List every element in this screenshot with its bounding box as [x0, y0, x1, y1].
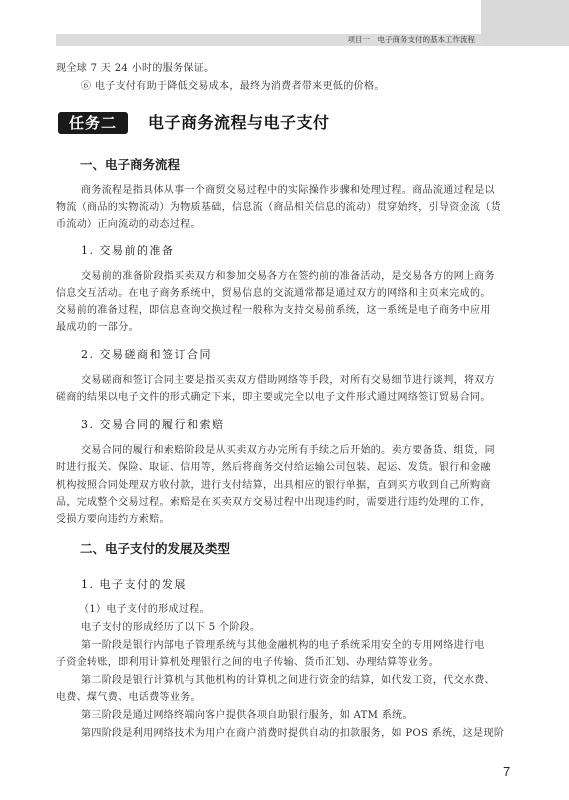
paragraph-line: 最成功的一部分。	[56, 321, 139, 335]
paragraph-line: 交易前的准备阶段指买卖双方和参加交易各方在签约前的准备活动，是交易各方的网上商务	[81, 270, 495, 284]
paragraph-line: 品，完成整个交易过程。索赔是在买卖双方交易过程中出现违约时，需要进行违约处理的工…	[56, 496, 491, 510]
task-badge: 任务二	[58, 112, 128, 134]
paragraph-line: 磋商的结果以电子文件的形式确定下来，即主要或完全以电子文件形式通过网络签订贸易合…	[56, 391, 491, 405]
intro-line: ⑥ 电子支付有助于降低交易成本，最终为消费者带来更低的价格。	[81, 80, 385, 94]
intro-line: 现全球 7 天 24 小时的服务保证。	[56, 62, 214, 76]
subsection-heading: 1. 电子支付的发展	[81, 577, 187, 593]
paragraph-line: 交易合同的履行和索赔阶段是从买卖双方办完所有手续之后开始的。卖方要备货、组货，同	[81, 444, 495, 458]
paragraph-line: 电子支付的形成经历了以下 5 个阶段。	[81, 621, 260, 635]
paragraph-line: 电费、煤气费、电话费等业务。	[56, 691, 201, 705]
page-corner-tab	[481, 0, 569, 46]
paragraph-line: 第二阶段是银行计算机与其他机构的计算机之间进行资金的结算，如代发工资，代交水费、	[81, 674, 495, 688]
paragraph-line: 子资金转账，即利用计算机处理银行之间的电子传输、货币汇划、办理结算等业务。	[56, 656, 439, 670]
paragraph-line: 受损方要向违约方索赔。	[56, 513, 170, 527]
section-heading: 一、电子商务流程	[80, 156, 180, 174]
paragraph-line: 商务流程是指具体从事一个商贸交易过程中的实际操作步骤和处理过程。商品流通过程是以	[81, 184, 495, 198]
section-heading: 二、电子支付的发展及类型	[80, 540, 230, 558]
paragraph-line: 物流（商品的实物流动）为物质基础，信息流（商品相关信息的流动）贯穿始终，引导资金…	[56, 201, 501, 215]
subsection-heading: 2. 交易磋商和签订合同	[81, 347, 212, 363]
paragraph-line: 第一阶段是银行内部电子管理系统与其他金融机构的电子系统采用安全的专用网络进行电	[81, 639, 485, 653]
paragraph-line: 第三阶段是通过网络终端向客户提供各项自助银行服务，如 ATM 系统。	[81, 709, 413, 723]
task-title: 电子商务流程与电子支付	[148, 112, 330, 134]
item-heading: （1）电子支付的形成过程。	[79, 603, 210, 617]
running-header-title: 项目一 电子商务支付的基本工作流程	[348, 34, 476, 46]
page-number: 7	[503, 764, 510, 779]
paragraph-line: 币流动）正向流动的动态过程。	[56, 218, 201, 232]
subsection-heading: 3. 交易合同的履行和索赔	[81, 417, 225, 433]
paragraph-line: 信息交互活动。在电子商务系统中，贸易信息的交流通常都是通过双方的网络和主页来完成…	[56, 287, 491, 301]
paragraph-line: 第四阶段是利用网络技术为用户在商户消费时提供自动的扣款服务，如 POS 系统，这…	[81, 727, 504, 741]
subsection-heading: 1. 交易前的准备	[81, 243, 175, 259]
paragraph-line: 机构按照合同处理双方收付款，进行支付结算，出具相应的银行单据，直到买方收到自己所…	[56, 479, 491, 493]
paragraph-line: 交易前的准备过程，即信息查询交换过程一般称为支持交易前系统，这一系统是电子商务中…	[56, 304, 491, 318]
paragraph-line: 交易磋商和签订合同主要是指买卖双方借助网络等手段，对所有交易细节进行谈判，将双方	[81, 374, 495, 388]
paragraph-line: 时进行报关、保险、取证、信用等，然后将商务交付给运输公司包装、起运、发货。银行和…	[56, 461, 491, 475]
